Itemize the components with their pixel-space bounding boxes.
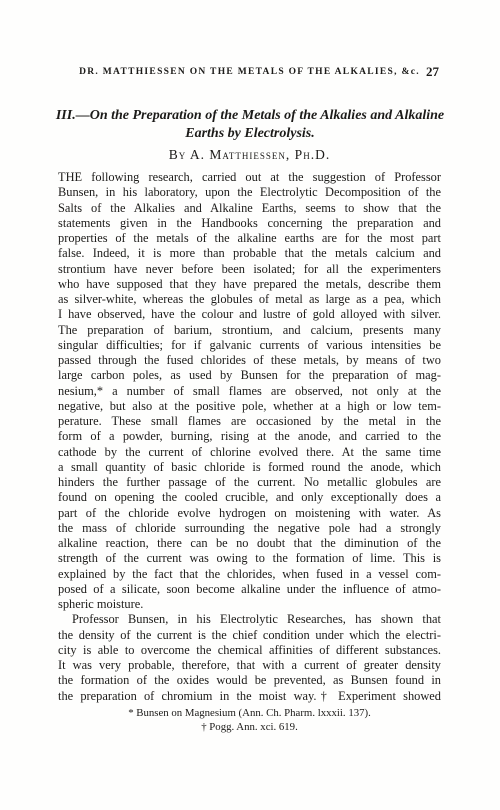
body-line: spheric moisture. xyxy=(58,597,441,612)
body-line: It was very probable, therefore, that wi… xyxy=(58,658,441,673)
body-line: who have supposed that they have prepare… xyxy=(58,277,441,292)
body-line: large carbon poles, as used by Bunsen fo… xyxy=(58,368,441,383)
body-line: passed through the fused chlorides of th… xyxy=(58,353,441,368)
body-line: Bunsen, in his laboratory, upon the Elec… xyxy=(58,185,441,200)
body-line: hinders the further passage of the curre… xyxy=(58,475,441,490)
body-line: negative, but also at the positive pole,… xyxy=(58,399,441,414)
footnotes: * Bunsen on Magnesium (Ann. Ch. Pharm. l… xyxy=(58,706,441,734)
body-line: nesium,* a number of small flames are ob… xyxy=(58,384,441,399)
body-line: the preparation of chromium in the moist… xyxy=(58,689,441,704)
body-line: statements given in the Handbooks concer… xyxy=(58,216,441,231)
body-line: a small quantity of basic chloride is fo… xyxy=(58,460,441,475)
body-line: form of a powder, burning, rising at the… xyxy=(58,429,441,444)
body-line: Salts of the Alkalies and Alkaline Earth… xyxy=(58,201,441,216)
body-line: perature. These small flames are occasio… xyxy=(58,414,441,429)
article-body: THE following research, carried out at t… xyxy=(58,170,441,704)
body-line: as silver-white, whereas the globules of… xyxy=(58,292,441,307)
article-title: III.—On the Preparation of the Metals of… xyxy=(50,107,450,143)
body-line: The preparation of barium, strontium, an… xyxy=(58,323,441,338)
footnote: * Bunsen on Magnesium (Ann. Ch. Pharm. l… xyxy=(58,706,441,720)
body-line: singular difficulties; for if galvanic c… xyxy=(58,338,441,353)
body-line: I have observed, have the colour and lus… xyxy=(58,307,441,322)
body-line: Professor Bunsen, in his Electrolytic Re… xyxy=(58,612,441,627)
body-line: properties of the metals of the alkaline… xyxy=(58,231,441,246)
article-title-line1: III.—On the Preparation of the Metals of… xyxy=(50,107,450,125)
body-line: explained by the fact that the chlorides… xyxy=(58,567,441,582)
body-line: cathode by the current of chlorine evolv… xyxy=(58,445,441,460)
body-line: false. Indeed, it is more than probable … xyxy=(58,246,441,261)
byline: By A. Matthiessen, Ph.D. xyxy=(58,147,441,163)
article-title-line2: Earths by Electrolysis. xyxy=(50,125,450,143)
body-line: strength of the current was owing to the… xyxy=(58,551,441,566)
body-line: found on opening the cooled crucible, an… xyxy=(58,490,441,505)
body-line: posed of a silicate, soon become alkalin… xyxy=(58,582,441,597)
body-line: part of the chloride evolve hydrogen on … xyxy=(58,506,441,521)
running-header: DR. MATTHIESSEN ON THE METALS OF THE ALK… xyxy=(58,67,441,77)
body-line: city is able to overcome the chemical af… xyxy=(58,643,441,658)
document-page: DR. MATTHIESSEN ON THE METALS OF THE ALK… xyxy=(0,0,500,810)
body-line: alkaline reaction, there can be no doubt… xyxy=(58,536,441,551)
page-number: 27 xyxy=(426,64,439,80)
footnote: † Pogg. Ann. xci. 619. xyxy=(58,720,441,734)
running-title: DR. MATTHIESSEN ON THE METALS OF THE ALK… xyxy=(79,67,420,77)
body-line: the formation of the oxides would be pre… xyxy=(58,673,441,688)
body-line: the density of the current is the chief … xyxy=(58,628,441,643)
body-line: strontium have never before been isolate… xyxy=(58,262,441,277)
body-line: the mass of chloride surrounding the neg… xyxy=(58,521,441,536)
body-line: THE following research, carried out at t… xyxy=(58,170,441,185)
